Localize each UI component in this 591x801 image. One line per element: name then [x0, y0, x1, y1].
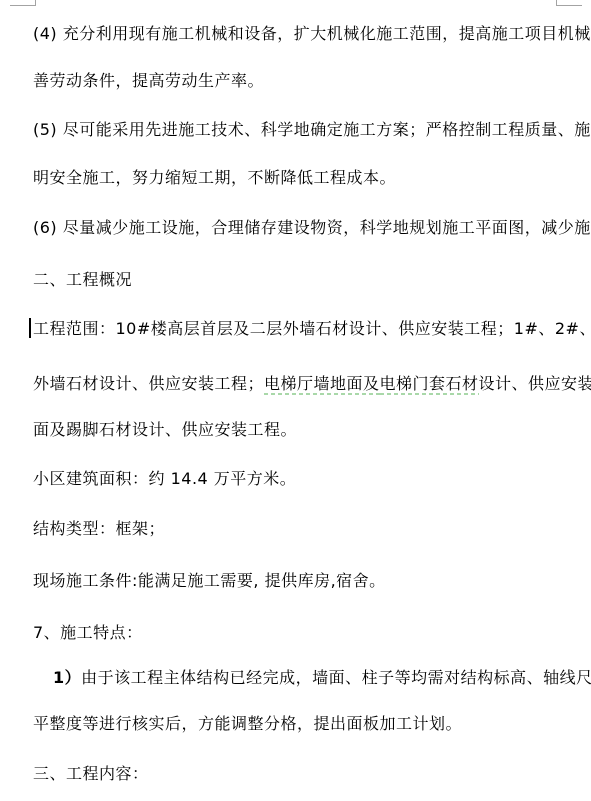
text-segment: (5) 尽可能采用先进施工技术、科学地确定施工方案；严格控制工程质量、施工进度，… [33, 120, 591, 139]
text-segment: 7、施工特点： [33, 623, 143, 642]
text-line: 二、工程概况 [33, 269, 132, 290]
grammar-flagged-text: 电梯门套石材 [380, 374, 479, 395]
text-line: 工程范围：10#楼高层首层及二层外墙石材设计、供应安装工程；1#、2#、3#、9… [33, 318, 591, 339]
text-segment: 三、工程内容： [33, 764, 149, 783]
text-line: 1）由于该工程主体结构已经完成，墙面、柱子等均需对结构标高、轴线尺寸、垂直度、 [53, 667, 591, 688]
text-cursor [29, 318, 31, 338]
text-line: (6) 尽量减少施工设施，合理储存建设物资，科学地规划施工平面图，减少施工用地。 [33, 217, 591, 238]
text-segment: (4) 充分利用现有施工机械和设备，扩大机械化施工范围，提高施工项目机械化程度；… [33, 24, 591, 43]
text-segment: 设计、供应安装工程；楼梯间地 [479, 374, 591, 393]
text-segment: 面及踢脚石材设计、供应安装工程。 [33, 420, 297, 439]
text-segment: 1） [53, 668, 81, 687]
text-line: (5) 尽可能采用先进施工技术、科学地确定施工方案；严格控制工程质量、施工进度，… [33, 119, 591, 140]
text-line: 明安全施工，努力缩短工期，不断降低工程成本。 [33, 167, 396, 188]
text-line: 平整度等进行核实后，方能调整分格，提出面板加工计划。 [33, 713, 462, 734]
text-segment: 善劳动条件，提高劳动生产率。 [33, 71, 264, 90]
margin-crop-mark-top-left [10, 0, 36, 6]
text-segment: 外墙石材设计、供应安装工程； [33, 374, 264, 393]
text-line: 善劳动条件，提高劳动生产率。 [33, 70, 264, 91]
text-segment: 由于该工程主体结构已经完成，墙面、柱子等均需对结构标高、轴线尺寸、垂直度、 [81, 668, 591, 687]
text-line: 小区建筑面积：约 14.4 万平方米。 [33, 468, 296, 489]
text-segment: 二、工程概况 [33, 270, 132, 289]
text-line: (4) 充分利用现有施工机械和设备，扩大机械化施工范围，提高施工项目机械化程度；… [33, 23, 591, 44]
text-line: 结构类型：框架； [33, 518, 165, 539]
document-page[interactable]: (4) 充分利用现有施工机械和设备，扩大机械化施工范围，提高施工项目机械化程度；… [0, 0, 591, 801]
text-segment: (6) 尽量减少施工设施，合理储存建设物资，科学地规划施工平面图，减少施工用地。 [33, 218, 591, 237]
text-segment: 工程范围：10#楼高层首层及二层外墙石材设计、供应安装工程；1#、2#、3#、9… [33, 319, 591, 338]
text-line: 三、工程内容： [33, 763, 149, 784]
text-line: 7、施工特点： [33, 622, 143, 643]
margin-crop-mark-top-right [556, 0, 582, 6]
text-segment: 现场施工条件:能满足施工需要, 提供库房,宿舍。 [33, 571, 386, 590]
text-segment: 结构类型：框架； [33, 519, 165, 538]
text-segment: 明安全施工，努力缩短工期，不断降低工程成本。 [33, 168, 396, 187]
text-segment: 平整度等进行核实后，方能调整分格，提出面板加工计划。 [33, 714, 462, 733]
text-line: 外墙石材设计、供应安装工程；电梯厅墙地面及电梯门套石材设计、供应安装工程；楼梯间… [33, 373, 591, 394]
text-line: 现场施工条件:能满足施工需要, 提供库房,宿舍。 [33, 570, 386, 591]
text-segment: 小区建筑面积：约 14.4 万平方米。 [33, 469, 296, 488]
grammar-flagged-text: 电梯厅墙地面及 [264, 374, 380, 395]
text-line: 面及踢脚石材设计、供应安装工程。 [33, 419, 297, 440]
